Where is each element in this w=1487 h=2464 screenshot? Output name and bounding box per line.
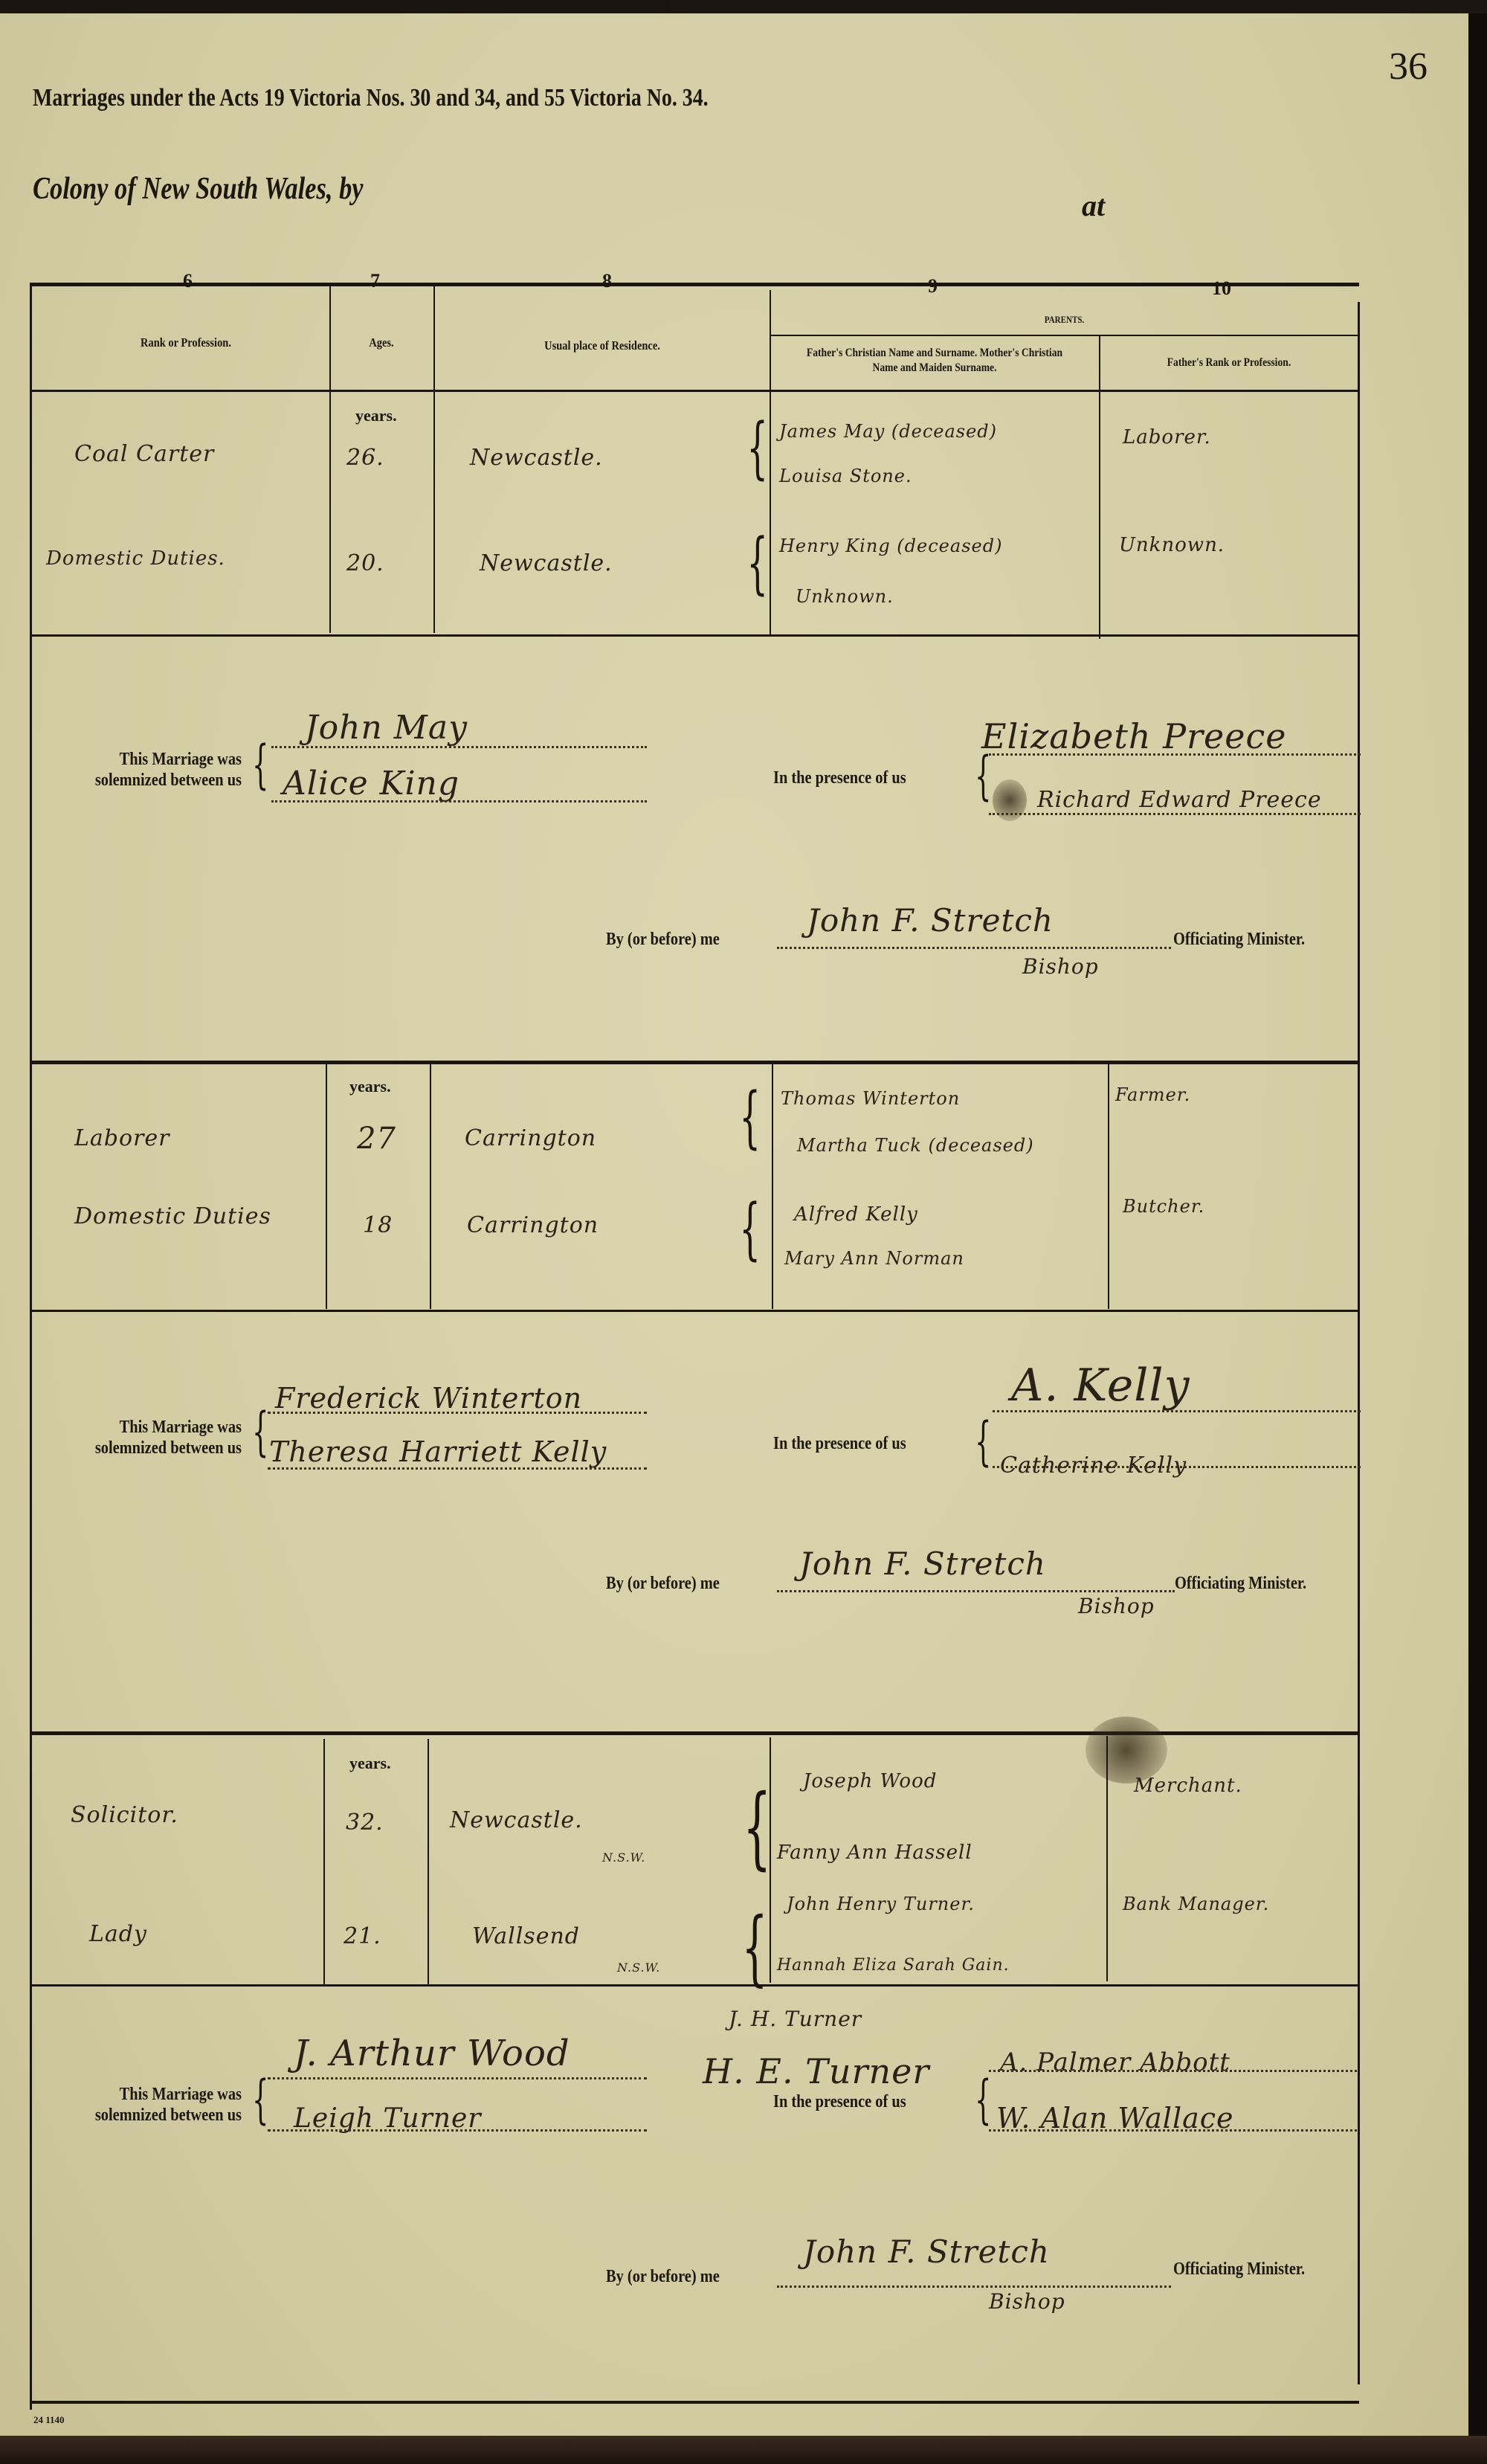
officiating-label: Officiating Minister. xyxy=(1175,1574,1306,1594)
groom-rank: Laborer xyxy=(74,1125,170,1151)
brace-icon: { xyxy=(252,1406,268,1458)
signature-line xyxy=(268,2129,647,2132)
brace-icon: { xyxy=(742,1906,768,1988)
brace-icon: { xyxy=(252,2074,268,2126)
row-rule xyxy=(30,634,1359,637)
brace-icon: { xyxy=(739,1196,761,1263)
solemnized-label-line1: This Marriage was xyxy=(59,1418,242,1438)
row-rule xyxy=(30,1310,1359,1312)
groom-residence: Newcastle. xyxy=(470,445,603,471)
entry-rule xyxy=(30,1061,1359,1064)
bride-father: Henry King (deceased) xyxy=(779,535,1002,556)
bride-mother: Mary Ann Norman xyxy=(784,1248,964,1269)
groom-age: 26. xyxy=(346,445,384,471)
bride-age: 18 xyxy=(363,1212,393,1238)
minister-title: Bishop xyxy=(989,2289,1065,2314)
groom-residence: Carrington xyxy=(465,1125,596,1151)
bride-mother: Hannah Eliza Sarah Gain. xyxy=(777,1956,1010,1975)
col-divider xyxy=(770,290,771,394)
groom-signature: Frederick Winterton xyxy=(275,1382,582,1415)
groom-rank: Solicitor. xyxy=(71,1802,178,1828)
form-code: 24 1140 xyxy=(33,2414,65,2426)
at-label: at xyxy=(1082,188,1105,223)
col-divider xyxy=(329,286,331,390)
column-number-6: 6 xyxy=(183,270,193,292)
by-me-label: By (or before) me xyxy=(606,1574,720,1594)
witness1-signature: A. Kelly xyxy=(1011,1360,1190,1412)
extra-signature-2: H. E. Turner xyxy=(703,2051,929,2091)
header-bottom-rule xyxy=(30,390,1359,392)
minister-signature: John F. Stretch xyxy=(807,902,1054,939)
groom-father-rank: Laborer. xyxy=(1123,426,1211,448)
groom-signature: J. Arthur Wood xyxy=(294,2033,570,2074)
groom-father: Joseph Wood xyxy=(803,1770,937,1792)
groom-father-rank: Farmer. xyxy=(1115,1084,1190,1105)
colony-line: Colony of New South Wales, by xyxy=(33,171,364,207)
solemnized-label-line1: This Marriage was xyxy=(59,750,242,770)
signature-line xyxy=(989,753,1361,756)
groom-mother: Louisa Stone. xyxy=(779,466,912,486)
bride-father: John Henry Turner. xyxy=(787,1894,975,1914)
officiating-label: Officiating Minister. xyxy=(1173,930,1305,950)
groom-father-rank: Merchant. xyxy=(1134,1775,1242,1797)
groom-father: Thomas Winterton xyxy=(781,1088,960,1109)
page-number: 36 xyxy=(1389,45,1428,89)
presence-label: In the presence of us xyxy=(773,2092,906,2112)
signature-line xyxy=(989,2070,1357,2072)
bride-father-rank: Butcher. xyxy=(1123,1196,1204,1217)
column-number-10: 10 xyxy=(1212,277,1231,300)
bride-father: Alfred Kelly xyxy=(794,1203,918,1226)
table-right-border xyxy=(1358,302,1360,2384)
signature-line xyxy=(268,1412,647,1414)
signature-line xyxy=(268,2077,647,2079)
brace-icon: { xyxy=(975,1415,991,1467)
brace-icon: { xyxy=(746,530,768,597)
brace-icon: { xyxy=(975,2074,991,2126)
presence-label: In the presence of us xyxy=(773,1434,906,1454)
years-label: years. xyxy=(355,406,397,425)
brace-icon: { xyxy=(743,1783,771,1873)
presence-label: In the presence of us xyxy=(773,768,906,788)
groom-rank: Coal Carter xyxy=(74,441,214,467)
brace-icon: { xyxy=(975,750,991,802)
signature-line xyxy=(993,1410,1361,1412)
by-me-label: By (or before) me xyxy=(606,2267,720,2287)
signature-line xyxy=(989,2129,1357,2132)
col-divider xyxy=(430,1064,431,1309)
header-father-rank: Father's Rank or Profession. xyxy=(1120,356,1338,370)
officiating-label: Officiating Minister. xyxy=(1173,2259,1305,2280)
signature-line xyxy=(993,1466,1361,1468)
signature-line xyxy=(989,813,1361,815)
by-me-label: By (or before) me xyxy=(606,930,720,950)
solemnized-label-line1: This Marriage was xyxy=(59,2085,242,2105)
act-title: Marriages under the Acts 19 Victoria Nos… xyxy=(33,84,709,112)
col-divider xyxy=(433,391,435,633)
ink-stain xyxy=(1086,1717,1167,1783)
bride-rank: Domestic Duties. xyxy=(46,547,225,570)
signature-line xyxy=(777,2286,1171,2288)
row-rule xyxy=(30,1984,1359,1987)
col-divider xyxy=(1106,1736,1108,1981)
signature-line xyxy=(271,800,647,802)
header-rank: Rank or Profession. xyxy=(66,335,306,350)
col-divider xyxy=(1099,397,1100,639)
signature-line xyxy=(268,1467,647,1470)
witness2-signature: Richard Edward Preece xyxy=(1037,787,1322,813)
solemnized-label-line2: solemnized between us xyxy=(59,771,242,791)
col-divider xyxy=(433,286,435,390)
background-edge-top xyxy=(669,0,1487,13)
col-divider xyxy=(1108,1064,1109,1309)
register-page: 36 Marriages under the Acts 19 Victoria … xyxy=(0,13,1468,2438)
bride-residence-note: N.S.W. xyxy=(617,1960,660,1975)
groom-mother: Fanny Ann Hassell xyxy=(777,1841,972,1864)
extra-signature-1: J. H. Turner xyxy=(729,2007,862,2031)
brace-icon: { xyxy=(252,739,268,791)
parents-divider xyxy=(770,335,1358,336)
groom-residence-note: N.S.W. xyxy=(602,1850,645,1865)
ink-blot xyxy=(993,779,1027,821)
bride-father-rank: Bank Manager. xyxy=(1123,1894,1269,1914)
bride-rank: Lady xyxy=(89,1921,147,1947)
bride-rank: Domestic Duties xyxy=(74,1203,271,1229)
witness1-signature: Elizabeth Preece xyxy=(981,716,1286,756)
solemnized-label-line2: solemnized between us xyxy=(59,1438,242,1458)
bride-age: 20. xyxy=(346,550,384,576)
header-parents: PARENTS. xyxy=(815,314,1314,326)
bride-residence: Wallsend xyxy=(472,1923,580,1949)
groom-mother: Martha Tuck (deceased) xyxy=(797,1135,1034,1156)
solemnized-label-line2: solemnized between us xyxy=(59,2106,242,2126)
years-label: years. xyxy=(349,1077,391,1096)
col-divider xyxy=(428,1739,429,1984)
bride-signature: Alice King xyxy=(283,765,459,802)
column-number-8: 8 xyxy=(602,270,612,292)
col-divider xyxy=(772,1064,773,1309)
groom-age: 27 xyxy=(357,1122,396,1156)
brace-icon: { xyxy=(739,1084,761,1151)
signature-line xyxy=(777,1590,1175,1592)
bride-residence: Carrington xyxy=(467,1212,599,1238)
brace-icon: { xyxy=(746,415,768,482)
minister-title: Bishop xyxy=(1078,1594,1155,1618)
bride-age: 21. xyxy=(343,1923,381,1949)
column-number-9: 9 xyxy=(928,275,938,297)
minister-signature: John F. Stretch xyxy=(803,2233,1050,2270)
groom-age: 32. xyxy=(346,1810,384,1836)
bride-mother: Unknown. xyxy=(796,586,894,607)
groom-signature: John May xyxy=(305,709,468,747)
years-label: years. xyxy=(349,1754,391,1773)
signature-line xyxy=(271,746,647,748)
col-divider xyxy=(326,1064,327,1309)
witness1-signature: A. Palmer Abbott xyxy=(1000,2048,1230,2077)
groom-father: James May (deceased) xyxy=(779,421,997,442)
minister-title: Bishop xyxy=(1022,954,1099,979)
table-bottom-border xyxy=(30,2401,1359,2404)
col-divider xyxy=(770,394,771,636)
table-left-border xyxy=(30,283,32,2410)
header-parents-names: Father's Christian Name and Surname. Mot… xyxy=(796,346,1074,376)
table-top-border xyxy=(30,283,1359,286)
col-divider xyxy=(323,1739,325,1984)
bride-signature: Theresa Harriett Kelly xyxy=(269,1435,607,1468)
signature-line xyxy=(777,947,1171,949)
header-residence: Usual place of Residence. xyxy=(460,338,745,353)
background-edge-right xyxy=(1468,0,1487,2464)
minister-signature: John F. Stretch xyxy=(799,1545,1046,1582)
bride-residence: Newcastle. xyxy=(480,550,613,576)
bride-father-rank: Unknown. xyxy=(1119,534,1225,556)
column-number-7: 7 xyxy=(370,270,380,292)
groom-residence: Newcastle. xyxy=(450,1807,583,1833)
background-edge-bottom xyxy=(0,2436,1487,2464)
header-ages: Ages. xyxy=(338,335,425,350)
col-divider xyxy=(329,391,331,633)
